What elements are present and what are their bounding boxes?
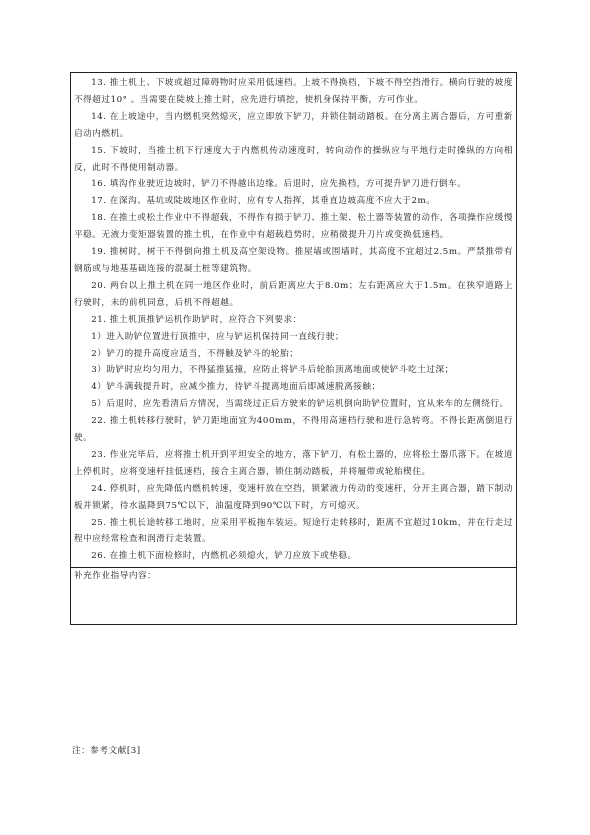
paragraph-15: 15. 下坡时，当推土机下行速度大于内燃机传动速度时，转向动作的操纵应与平地行走… — [74, 143, 513, 177]
paragraph-17: 17. 在深沟、基坑或陡坡地区作业时，应有专人指挥，其垂直边坡高度不应大于2m。 — [74, 193, 513, 210]
paragraph-21-item-3: 3）助铲时应均匀用力，不得猛推猛撞，应防止将铲斗后轮胎顶离地面或使铲斗吃土过深； — [74, 362, 513, 379]
paragraph-21-item-2: 2）铲刀的提升高度应适当，不得触及铲斗的轮胎； — [74, 346, 513, 363]
supplement-cell: 补充作业指导内容： — [71, 568, 516, 624]
paragraph-26: 26. 在推土机下面检修时，内燃机必须熄火，铲刀应放下或垫稳。 — [74, 548, 513, 565]
paragraph-23: 23. 作业完毕后，应将推土机开到平坦安全的地方，落下铲刀，有松土器的，应将松土… — [74, 447, 513, 481]
paragraph-21-item-4: 4）铲斗满载提升时，应减少推力，待铲斗提离地面后即减速脱离接触； — [74, 379, 513, 396]
reference-note: 注：参考文献[3] — [72, 744, 141, 756]
paragraph-19: 19. 推树时，树干不得倒向推土机及高空架设物。推屋墙或围墙时，其高度不宜超过2… — [74, 244, 513, 278]
paragraph-16: 16. 填沟作业驶近边坡时，铲刀不得越出边缘。后退时，应先换档，方可提升铲刀进行… — [74, 176, 513, 193]
work-instruction-table: 13. 推土机上、下坡或超过障碍物时应采用低速档。上坡不得换档，下坡不得空挡滑行… — [70, 72, 517, 625]
paragraph-21-item-5: 5）后退时，应先看清后方情况，当需绕过正后方驶来的铲运机倒向助铲位置时，宜从来车… — [74, 396, 513, 413]
paragraph-21-item-1: 1）进入助铲位置进行顶推中，应与铲运机保持同一直线行驶； — [74, 329, 513, 346]
paragraph-18: 18. 在推土或松土作业中不得超载，不得作有损于铲刀、推土架、松土器等装置的动作… — [74, 210, 513, 244]
paragraph-25: 25. 推土机长途转移工地时，应采用平板拖车装运。短途行走转移时，距离不宜超过1… — [74, 515, 513, 549]
instruction-content-cell: 13. 推土机上、下坡或超过障碍物时应采用低速档。上坡不得换档，下坡不得空挡滑行… — [71, 73, 516, 568]
paragraph-22: 22. 推土机转移行驶时，铲刀距地面宜为400mm，不得用高速档行驶和进行急转弯… — [74, 413, 513, 447]
paragraph-21: 21. 推土机顶推铲运机作助铲时，应符合下列要求： — [74, 312, 513, 329]
paragraph-20: 20. 两台以上推土机在同一地区作业时，前后距离应大于8.0m；左右距离应大于1… — [74, 278, 513, 312]
supplement-label: 补充作业指导内容： — [74, 571, 156, 581]
paragraph-13: 13. 推土机上、下坡或超过障碍物时应采用低速档。上坡不得换档，下坡不得空挡滑行… — [74, 75, 513, 109]
paragraph-24: 24. 停机时，应先降低内燃机转速，变速杆放在空挡，锁紧液力传动的变速杆，分开主… — [74, 481, 513, 515]
paragraph-14: 14. 在上坡途中，当内燃机突然熄灭，应立即放下铲刀，并锁住制动踏板。在分离主离… — [74, 109, 513, 143]
